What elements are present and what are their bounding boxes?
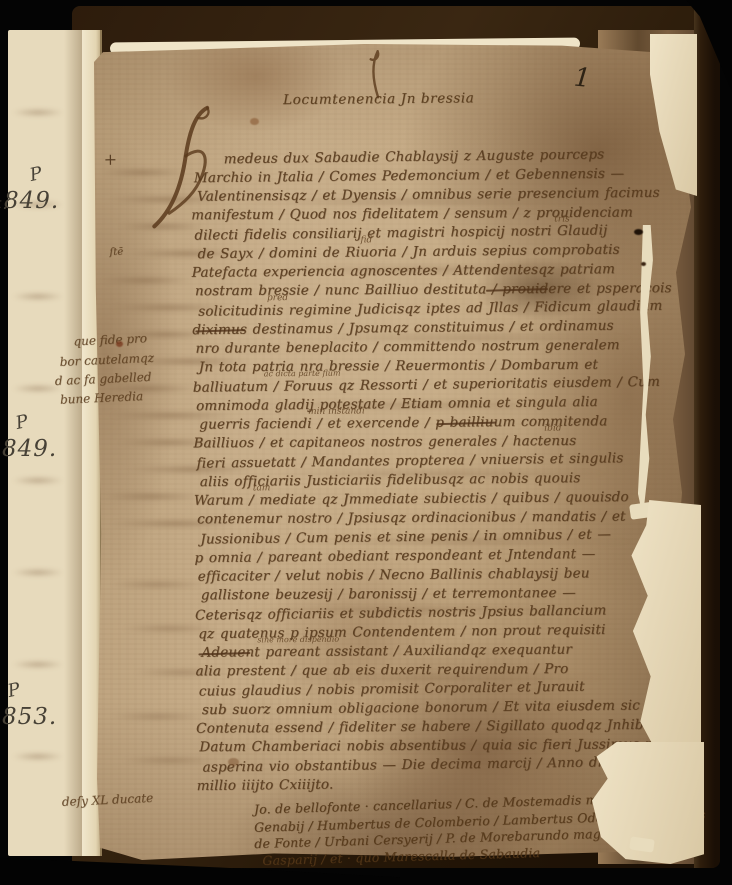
ink-blot bbox=[634, 229, 643, 235]
manuscript-line: Contenuta essend / fideliter se habere /… bbox=[196, 718, 652, 737]
manuscript-line: Bailliuos / et capitaneos nostros genera… bbox=[193, 434, 576, 451]
manuscript-line: fieri assuetatt / Mandantes propterea / … bbox=[197, 451, 624, 471]
interlinear-note: tam bbox=[253, 484, 271, 493]
page-number: 1 bbox=[573, 65, 592, 92]
margin-note: que fide pro bbox=[73, 332, 147, 347]
manuscript-line: diximus destinamus / Jpsumqz constituimu… bbox=[192, 319, 614, 338]
margin-note: ſtē bbox=[109, 247, 123, 258]
margin-note: bor cautelamqz bbox=[59, 352, 154, 368]
running-header: Locumtenencia Jn bressia bbox=[283, 92, 474, 107]
manuscript-line: asperina vio obstantibus — Die decima ma… bbox=[202, 755, 611, 775]
manuscript-line: cuius glaudius / nobis promisit Corporal… bbox=[199, 680, 585, 700]
interlinear-note: fid bbox=[360, 236, 372, 245]
manuscript-line: medeus dux Sabaudie Chablaysij z Auguste… bbox=[224, 147, 605, 167]
manuscript-line: contenemur nostro / Jpsiusqz ordinacioni… bbox=[197, 510, 626, 528]
manuscript-line: nro durante beneplacito / committendo no… bbox=[195, 338, 619, 356]
fox-spot bbox=[250, 118, 259, 125]
manuscript-line: Patefacta experiencia agnoscentes / Atte… bbox=[192, 262, 615, 280]
manuscript-line: sub suorz omnium obligacione bonorum / E… bbox=[202, 699, 640, 719]
manuscript-line: p omnia / pareant obediant respondeant e… bbox=[194, 547, 595, 566]
bottom-margin-note: deſy XL ducate bbox=[62, 792, 154, 808]
manuscript-line: Ceterisqz officiariis et subdictis nostr… bbox=[195, 603, 607, 623]
interlinear-note: ibid bbox=[544, 424, 561, 433]
manuscript-line: dilecti fidelis consiliarij et magistri … bbox=[194, 223, 607, 243]
fox-spot bbox=[116, 341, 123, 347]
margin-cross-mark: + bbox=[104, 152, 118, 168]
folio-clipped-mark: t. bbox=[0, 196, 9, 212]
witness-block: Jo. de bellofonte · cancellarius / C. de… bbox=[0, 0, 728, 3]
margin-note: d ac fa gabelled bbox=[55, 371, 152, 387]
margin-note: bune Heredia bbox=[60, 390, 144, 406]
interlinear-note: tris bbox=[554, 215, 570, 224]
manuscript-line: millio iiijto Cxiiijto. bbox=[197, 778, 334, 794]
manuscript-line: de Sayx / domini de Riuoria / Jn arduis … bbox=[198, 243, 620, 262]
manuscript-line: Jn tota patria nra bressie / Reuermontis… bbox=[199, 358, 599, 375]
manuscript-line: Valentinensisqz / et Dyensis / omnibus s… bbox=[197, 186, 660, 205]
interlinear-notes: trisfidpredac dicta parte flummin instan… bbox=[0, 0, 728, 3]
folio-number: 849. bbox=[4, 190, 59, 213]
manuscript-line: omnimoda gladij potestate / Etiam omnia … bbox=[196, 395, 598, 414]
folio-number: 853. bbox=[2, 706, 57, 729]
margin-notes: ſtēque fide probor cautelamqzd ac fa gab… bbox=[0, 0, 728, 3]
strikethrough-marks bbox=[0, 0, 728, 3]
interlinear-note: sine more dispendio bbox=[257, 636, 339, 645]
text-block: medeus dux Sabaudie Chablaysij z Auguste… bbox=[0, 0, 728, 3]
manuscript-line: efficaciter / velut nobis / Necno Ballin… bbox=[198, 566, 590, 584]
ink-dot bbox=[641, 262, 646, 266]
manuscript-line: Adeuent pareant assistant / Auxiliandqz … bbox=[201, 643, 572, 661]
manuscript-photo: Locumtenencia Jn bressia 1 + medeus dux … bbox=[0, 0, 732, 885]
manuscript-line: alia prestent / que ab eis duxerit requi… bbox=[196, 662, 569, 679]
fox-spot bbox=[228, 758, 239, 766]
folio-number: 849. bbox=[2, 438, 57, 461]
manuscript-line: Jussionibus / Cum penis et sine penis / … bbox=[200, 527, 611, 547]
manuscript-line: Datum Chamberiaci nobis absentibus / qui… bbox=[199, 737, 671, 755]
interlinear-note: pred bbox=[267, 294, 288, 303]
interlinear-note: ac dicta parte flum bbox=[264, 370, 341, 379]
manuscript-line: gallistone beuzesij / baronissij / et te… bbox=[201, 586, 576, 603]
interlinear-note: min instandi bbox=[308, 407, 365, 417]
manuscript-line: Marchio in Jtalia / Comes Pedemoncium / … bbox=[194, 167, 625, 186]
